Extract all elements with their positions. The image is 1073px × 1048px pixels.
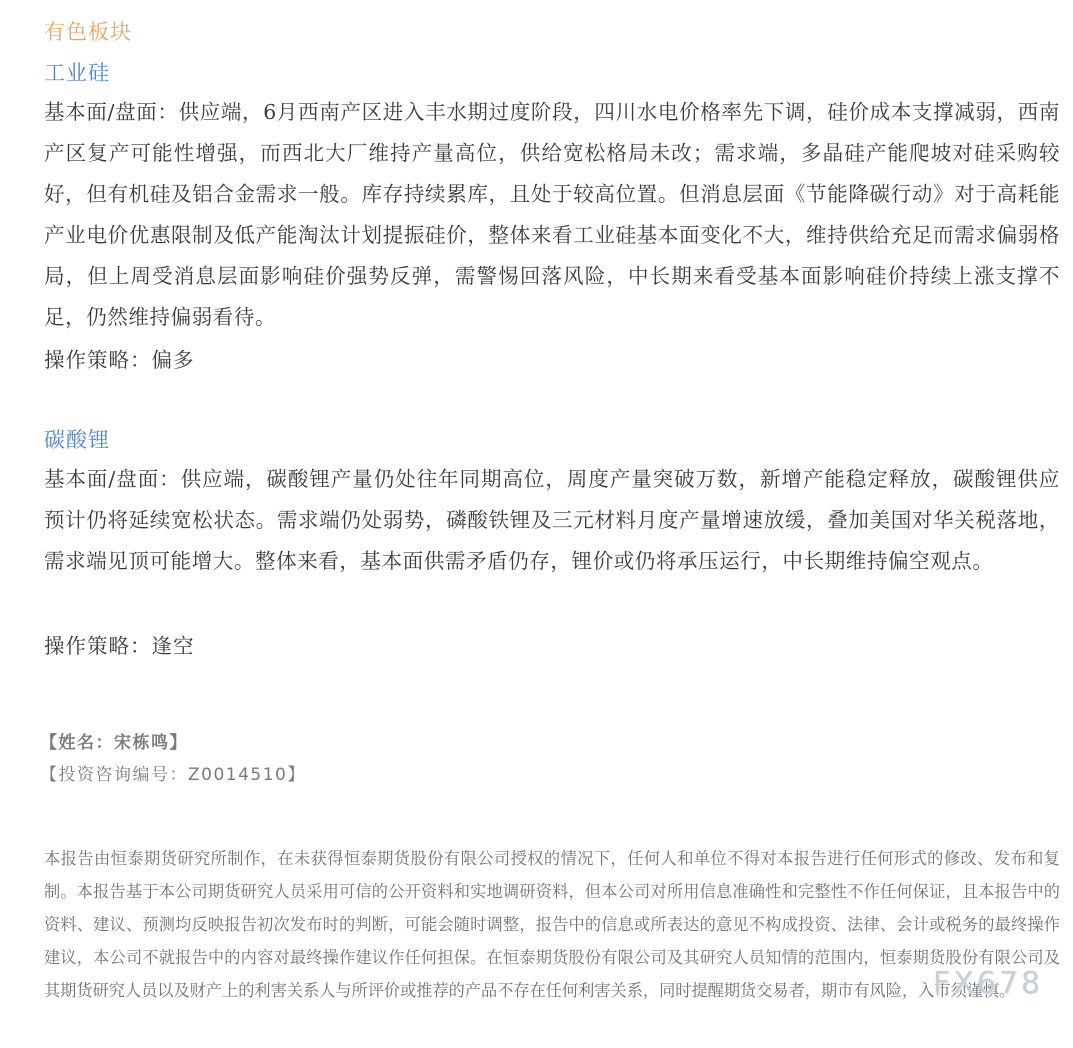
item-strategy-lithium-carbonate: 操作策略：逢空: [44, 629, 195, 659]
item-title-industrial-silicon: 工业硅: [44, 57, 110, 87]
item-analysis-industrial-silicon: 基本面/盘面：供应端，6月西南产区进入丰水期过度阶段，四川水电价格率先下调，硅价…: [44, 92, 1060, 338]
section-title: 有色板块: [44, 16, 132, 46]
watermark-logo: FX678: [933, 966, 1043, 1001]
disclaimer: 本报告由恒泰期货研究所制作，在未获得恒泰期货股份有限公司授权的情况下，任何人和单…: [44, 842, 1060, 1007]
item-title-lithium-carbonate: 碳酸锂: [44, 424, 110, 454]
author-name: 【姓名：宋栋鸣】: [40, 728, 188, 753]
author-license: 【投资咨询编号：Z0014510】: [40, 760, 306, 785]
item-strategy-industrial-silicon: 操作策略：偏多: [44, 343, 195, 373]
item-analysis-lithium-carbonate: 基本面/盘面：供应端，碳酸锂产量仍处往年同期高位，周度产量突破万数，新增产能稳定…: [44, 459, 1060, 582]
